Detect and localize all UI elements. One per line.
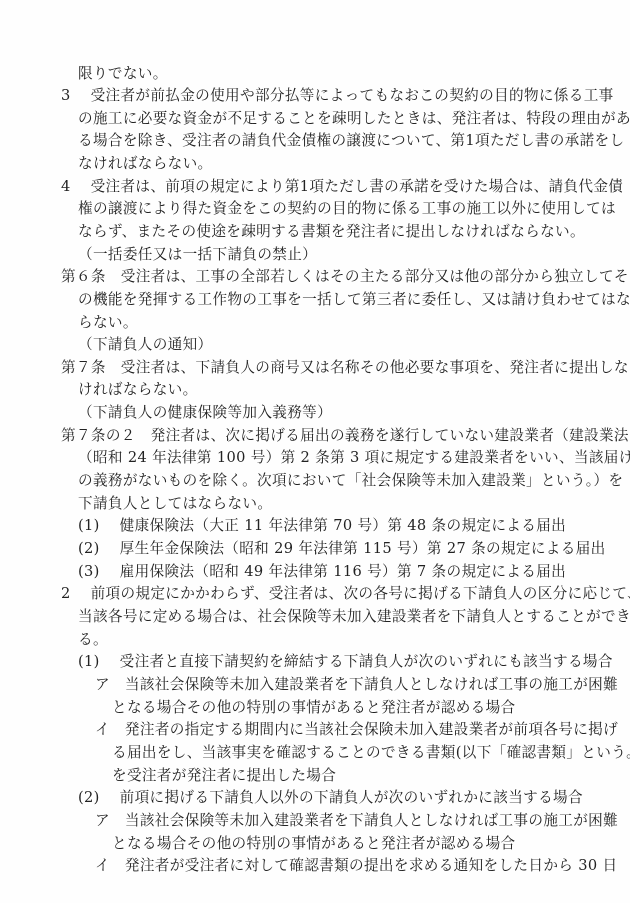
document-line: らない。 [78, 313, 138, 333]
document-line: (3) 雇用保険法（昭和 49 年法律第 116 号）第 7 条の規定による届出 [78, 562, 566, 582]
document-page: 限りでない。3 受注者が前払金の使用や部分払等によってもなおこの契約の目的物に係… [0, 0, 630, 903]
document-line: る。 [78, 630, 108, 650]
document-line: の施工に必要な資金が不足することを疎明したときは、発注者は、特段の理由があ [78, 109, 630, 129]
document-line: 下請負人としてはならない。 [78, 494, 272, 514]
document-line: イ 発注者が受注者に対して確認書類の提出を求める通知をした日から 30 日 [95, 856, 617, 876]
document-line: 2 前項の規定にかかわらず、受注者は、次の各号に掲げる下請負人の区分に応じて、 [61, 584, 630, 604]
document-line: る届出をし、当該事実を確認することのできる書類(以下「確認書類」という。) [112, 743, 630, 763]
document-line: 3 受注者が前払金の使用や部分払等によってもなおこの契約の目的物に係る工事 [61, 86, 614, 106]
document-line: ならず、またその使途を疎明する書類を発注者に提出しなければならない。 [78, 222, 585, 242]
document-line: 当該各号に定める場合は、社会保険等未加入建設業者を下請負人とすることができ [78, 607, 630, 627]
document-line: 4 受注者は、前項の規定により第1項ただし書の承諾を受けた場合は、請負代金債 [61, 177, 623, 197]
document-line: イ 発注者の指定する期間内に当該社会保険未加入建設業者が前項各号に掲げ [95, 720, 618, 740]
document-line: ア 当該社会保険等未加入建設業者を下請負人としなければ工事の施工が困難 [95, 675, 618, 695]
document-line: となる場合その他の特別の事情があると発注者が認める場合 [112, 698, 515, 718]
document-line: 第６条 受注者は、工事の全部若しくはその主たる部分又は他の部分から独立してそ [61, 267, 629, 287]
document-line: (2) 厚生年金保険法（昭和 29 年法律第 115 号）第 27 条の規定によ… [78, 539, 606, 559]
document-line: (1) 受注者と直接下請契約を締結する下請負人が次のいずれにも該当する場合 [78, 652, 613, 672]
document-line: 限りでない。 [78, 64, 168, 84]
document-line: の機能を発揮する工作物の工事を一括して第三者に委任し、又は請け負わせてはな [78, 290, 630, 310]
document-line: 第７条 受注者は、下請負人の商号又は名称その他必要な事項を、発注者に提出しな [61, 358, 629, 378]
document-line: となる場合その他の特別の事情があると発注者が認める場合 [112, 834, 515, 854]
document-line: （一括委任又は一括下請負の禁止） [78, 245, 317, 265]
document-line: (2) 前項に掲げる下請負人以外の下請負人が次のいずれかに該当する場合 [78, 788, 583, 808]
document-line: る場合を除き、受注者の請負代金債権の譲渡について、第1項ただし書の承諾をし [78, 131, 624, 151]
document-line: の義務がないものを除く。次項において「社会保険等未加入建設業」という。）を [78, 471, 623, 491]
document-line: ければならない。 [78, 380, 198, 400]
document-line: （下請負人の通知） [78, 335, 213, 355]
document-line: 第７条の２ 発注者は、次に掲げる届出の義務を遂行していない建設業者（建設業法 [61, 426, 629, 446]
document-line: （下請負人の健康保険等加入義務等） [78, 403, 332, 423]
document-line: ア 当該社会保険等未加入建設業者を下請負人としなければ工事の施工が困難 [95, 811, 618, 831]
document-line: （昭和 24 年法律第 100 号）第 2 条第 3 項に規定する建設業者をいい… [78, 448, 630, 468]
document-line: なければならない。 [78, 154, 213, 174]
document-line: (1) 健康保険法（大正 11 年法律第 70 号）第 48 条の規定による届出 [78, 516, 566, 536]
document-line: 権の譲渡により得た資金をこの契約の目的物に係る工事の施工以外に使用しては [78, 199, 616, 219]
document-line: を受注者が発注者に提出した場合 [112, 766, 336, 786]
